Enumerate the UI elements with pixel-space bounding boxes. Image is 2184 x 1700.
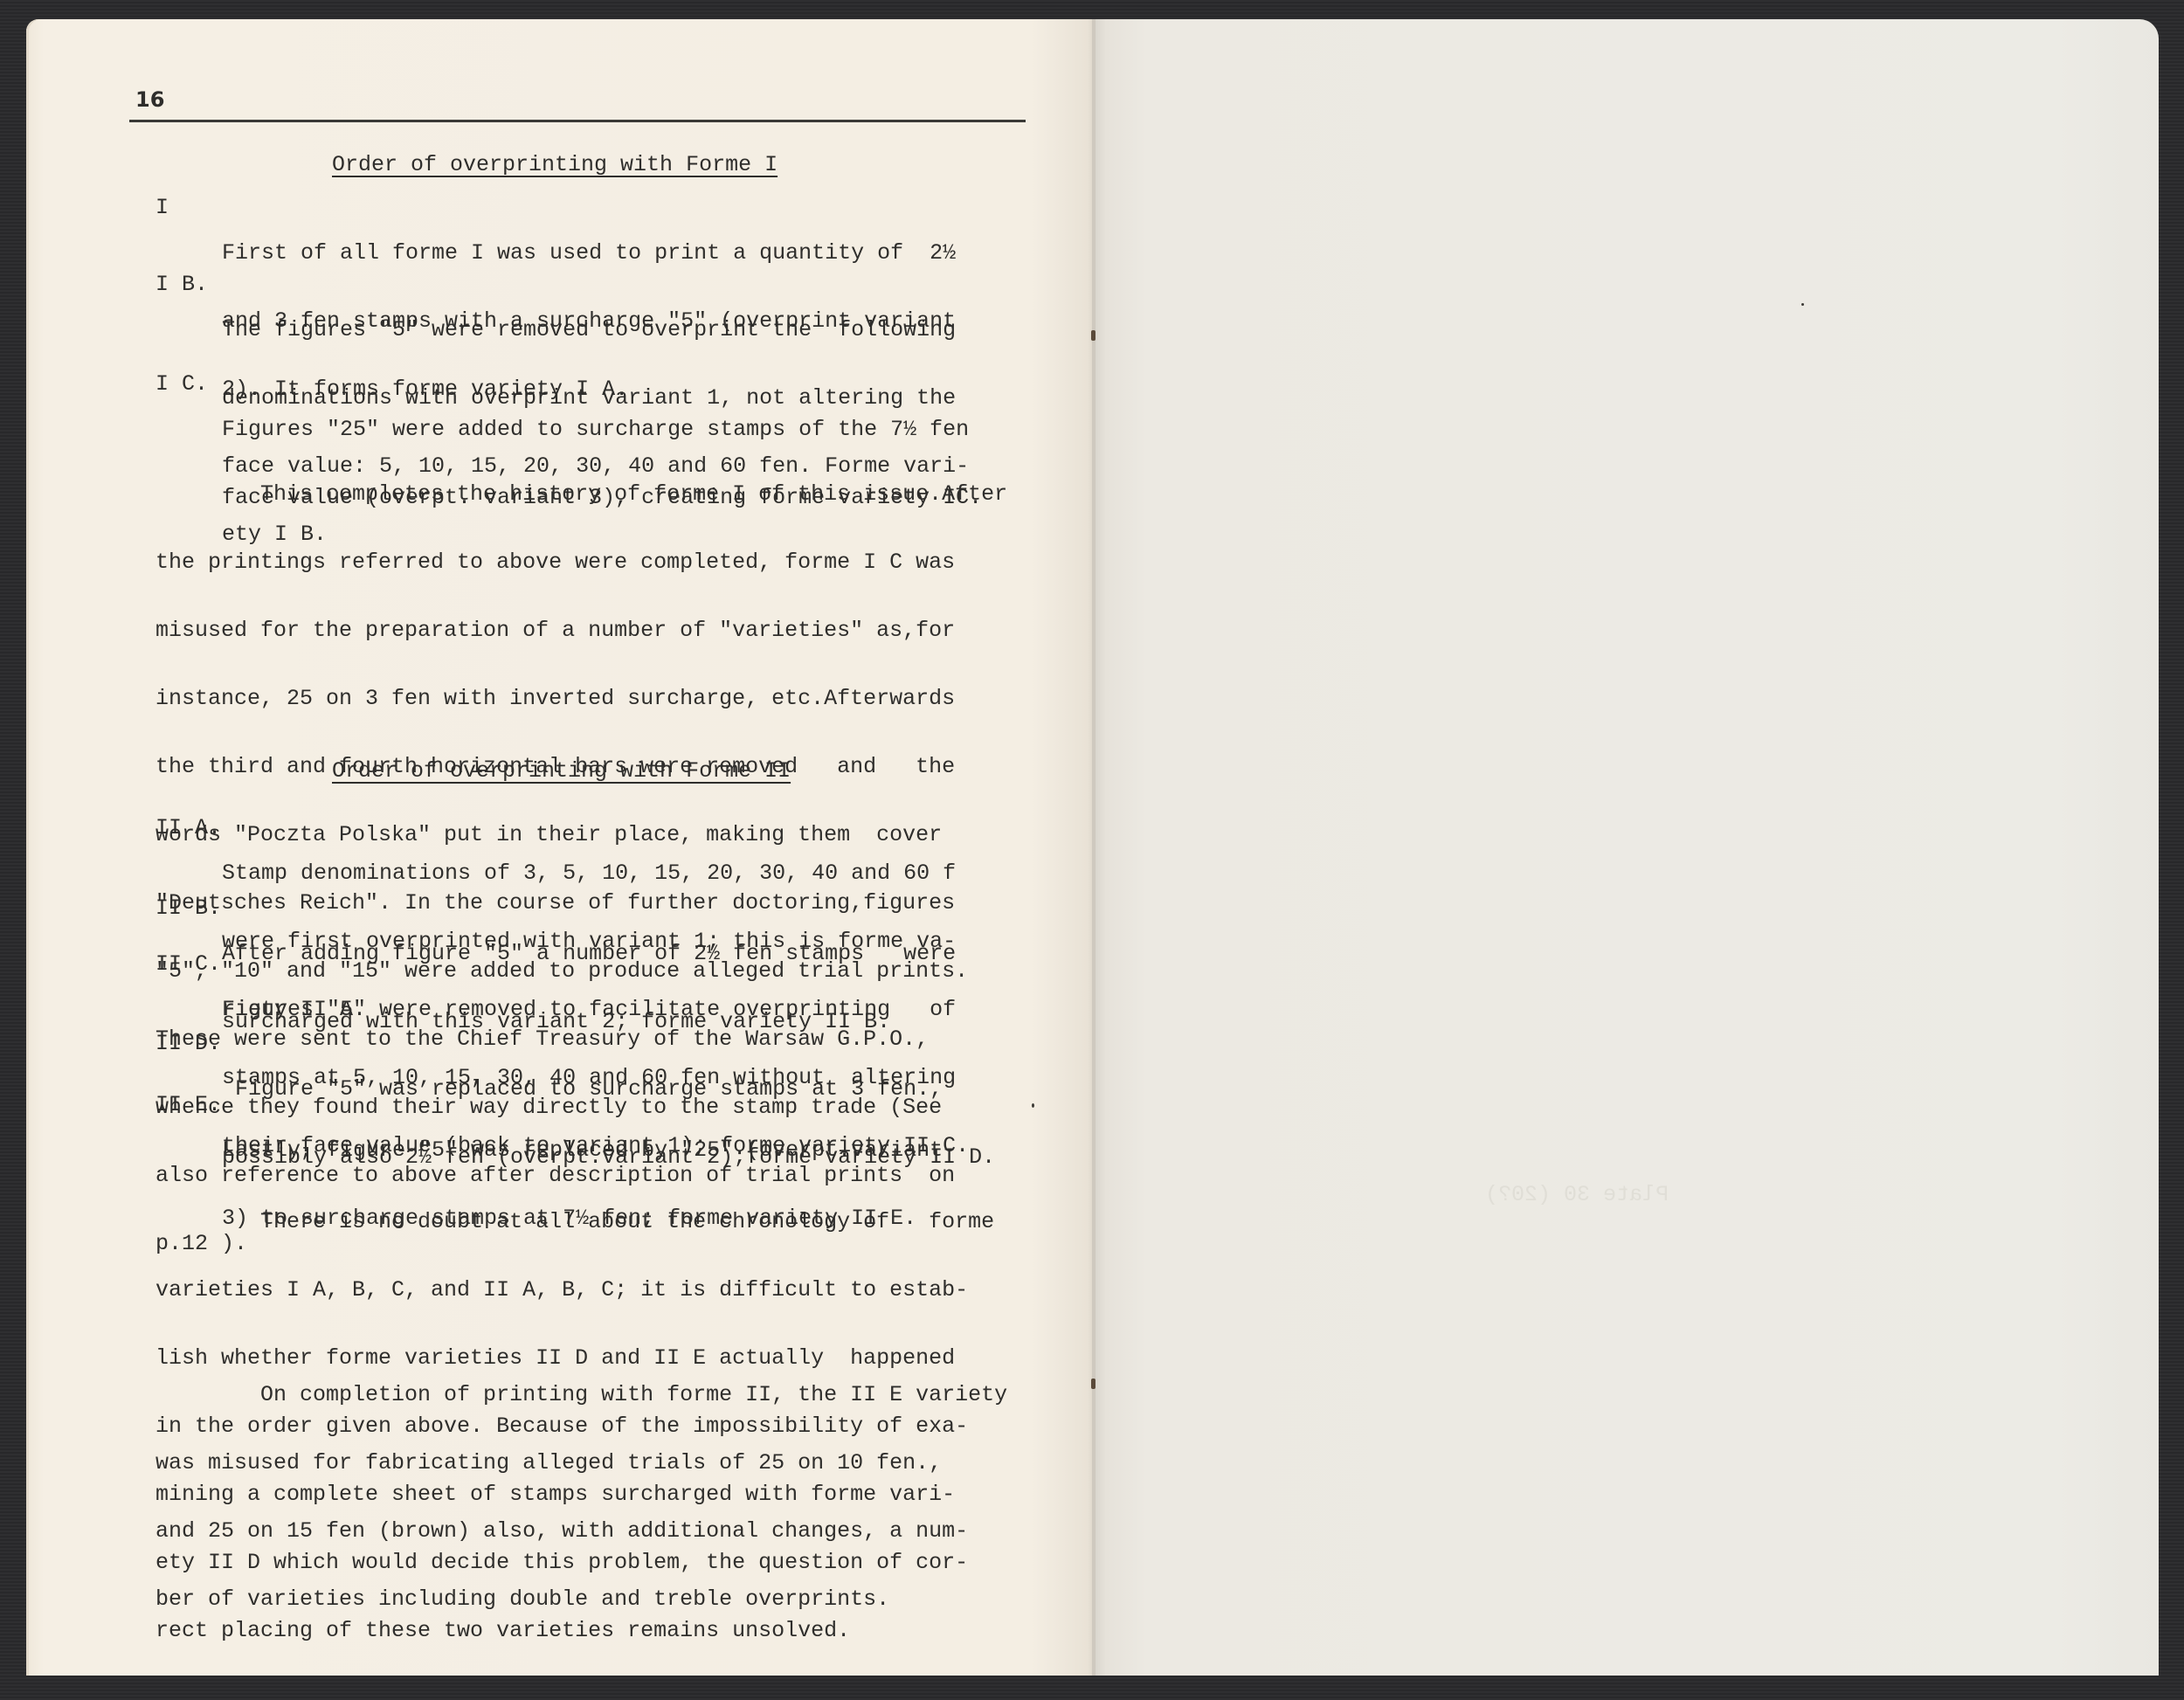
page-number: 16 [135, 87, 164, 112]
text-line: Figures "5" were removed to facilitate o… [222, 999, 969, 1021]
item-label: I [156, 197, 169, 219]
staple-bottom [1091, 1379, 1095, 1389]
text-line: varieties I A, B, C, and II A, B, C; it … [156, 1279, 994, 1302]
text-line: instance, 25 on 3 fen with inverted surc… [156, 688, 1007, 710]
item-label: II B. [156, 897, 221, 920]
text-line: was misused for fabricating alleged tria… [156, 1452, 1007, 1475]
text-line: misused for the preparation of a number … [156, 619, 1007, 642]
show-through-text: Plate 30 (20?) [1485, 1184, 1669, 1206]
text-line: The figures "5" were removed to overprin… [222, 319, 969, 342]
right-page-blank [1094, 19, 2159, 1676]
text-line: There is no doubt at all about the chron… [156, 1211, 994, 1234]
text-line: On completion of printing with forme II,… [156, 1384, 1007, 1406]
section-heading-forme-1: Order of overprinting with Forme I [332, 154, 778, 176]
text-line: and 25 on 15 fen (brown) also, with addi… [156, 1520, 1007, 1543]
header-rule [129, 120, 1026, 122]
text-line: ber of varieties including double and tr… [156, 1588, 1007, 1611]
item-label: II E. [156, 1094, 221, 1116]
text-line: This completes the history of forme I of… [156, 483, 1007, 506]
book-spine [1092, 19, 1095, 1676]
item-label: I B. [156, 273, 208, 296]
section-heading-forme-2: Order of overprinting with Forme II [332, 760, 791, 783]
paper-speck [1801, 303, 1804, 306]
item-label: II A. [156, 817, 221, 840]
paragraph: On completion of printing with forme II,… [156, 1338, 1007, 1634]
text-line: Stamp denominations of 3, 5, 10, 15, 20,… [222, 862, 956, 885]
item-label: II D. [156, 1033, 221, 1055]
text-line: Lastly, figure "5" was replaced by "25" … [222, 1139, 943, 1162]
staple-top [1091, 330, 1095, 341]
item-label: II C. [156, 953, 221, 976]
paper-speck [1032, 1103, 1034, 1108]
text-line: the printings referred to above were com… [156, 551, 1007, 574]
item-label: I C. [156, 373, 208, 396]
text-line: First of all forme I was used to print a… [222, 242, 956, 265]
